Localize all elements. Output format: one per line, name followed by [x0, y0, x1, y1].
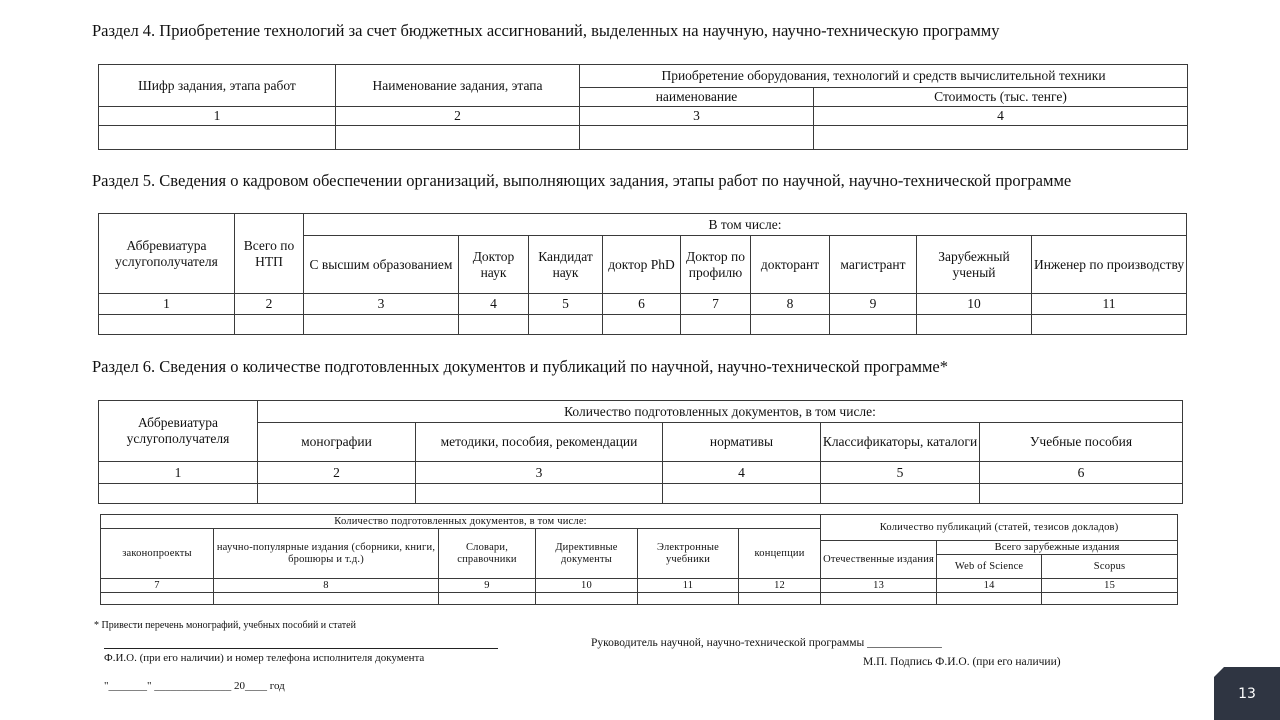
header-doctor-phd: доктор PhD — [603, 236, 681, 294]
col-number: 4 — [814, 107, 1188, 126]
empty-cell[interactable] — [663, 484, 821, 504]
header-doctor-profile: Доктор по профилю — [681, 236, 751, 294]
empty-cell[interactable] — [99, 484, 258, 504]
empty-cell[interactable] — [830, 315, 917, 335]
section6-table: Аббревиатура услугополучателя Количество… — [98, 400, 1183, 504]
header-directive-docs: Директивные документы — [536, 529, 638, 579]
empty-cell[interactable] — [459, 315, 529, 335]
header-foreign-group: Всего зарубежные издания — [937, 541, 1178, 555]
header-task-name: Наименование задания, этапа — [336, 65, 580, 107]
page-number-badge: 13 — [1214, 667, 1280, 720]
empty-cell[interactable] — [814, 126, 1188, 150]
col-number: 7 — [681, 294, 751, 315]
header-publications-group: Количество публикаций (статей, тезисов д… — [821, 515, 1178, 541]
header-documents-group: Количество подготовленных документов, в … — [101, 515, 821, 529]
header-production-engineer: Инженер по производству — [1032, 236, 1187, 294]
col-number: 7 — [101, 579, 214, 593]
empty-cell[interactable] — [937, 593, 1042, 605]
header-acquisition-group: Приобретение оборудования, технологий и … — [580, 65, 1188, 88]
col-number: 11 — [638, 579, 739, 593]
header-cost: Стоимость (тыс. тенге) — [814, 88, 1188, 107]
header-textbooks: Учебные пособия — [980, 423, 1183, 462]
col-number: 8 — [214, 579, 439, 593]
header-draft-laws: законопроекты — [101, 529, 214, 579]
empty-cell[interactable] — [336, 126, 580, 150]
header-domestic: Отечественные издания — [821, 541, 937, 579]
header-master-student: магистрант — [830, 236, 917, 294]
col-number: 4 — [459, 294, 529, 315]
col-number: 1 — [99, 294, 235, 315]
col-number: 2 — [235, 294, 304, 315]
header-doctoral-student: докторант — [751, 236, 830, 294]
empty-cell[interactable] — [1032, 315, 1187, 335]
col-number: 5 — [821, 462, 980, 484]
col-number: 3 — [580, 107, 814, 126]
header-cipher: Шифр задания, этапа работ — [99, 65, 336, 107]
program-head-label: Руководитель научной, научно-технической… — [591, 637, 942, 649]
empty-cell[interactable] — [529, 315, 603, 335]
header-methods: методики, пособия, рекомендации — [416, 423, 663, 462]
header-including-group: В том числе: — [304, 214, 1187, 236]
page-number: 13 — [1238, 686, 1256, 702]
empty-cell[interactable] — [638, 593, 739, 605]
empty-cell[interactable] — [416, 484, 663, 504]
header-doctor-sciences: Доктор наук — [459, 236, 529, 294]
empty-cell[interactable] — [235, 315, 304, 335]
col-number: 4 — [663, 462, 821, 484]
header-abbreviation: Аббревиатура услугополучателя — [99, 401, 258, 462]
col-number: 15 — [1042, 579, 1178, 593]
col-number: 9 — [830, 294, 917, 315]
empty-cell[interactable] — [821, 593, 937, 605]
col-number: 5 — [529, 294, 603, 315]
header-foreign-scientist: Зарубежный ученый — [917, 236, 1032, 294]
empty-cell[interactable] — [681, 315, 751, 335]
col-number: 14 — [937, 579, 1042, 593]
section6-heading: Раздел 6. Сведения о количестве подготов… — [92, 356, 1127, 377]
section4-heading: Раздел 4. Приобретение технологий за сче… — [92, 20, 1127, 41]
empty-cell[interactable] — [439, 593, 536, 605]
header-candidate-sciences: Кандидат наук — [529, 236, 603, 294]
col-number: 1 — [99, 462, 258, 484]
header-scopus: Scopus — [1042, 555, 1178, 579]
col-number: 13 — [821, 579, 937, 593]
section5-heading: Раздел 5. Сведения о кадровом обеспечени… — [92, 170, 1127, 191]
header-popular-science: научно-популярные издания (сборники, кни… — [214, 529, 439, 579]
col-number: 12 — [739, 579, 821, 593]
col-number: 6 — [603, 294, 681, 315]
col-number: 3 — [416, 462, 663, 484]
section5-table: Аббревиатура услугополучателя Всего по Н… — [98, 213, 1187, 335]
stamp-signature-label: М.П. Подпись Ф.И.О. (при его наличии) — [863, 656, 1061, 668]
empty-cell[interactable] — [603, 315, 681, 335]
executor-signature-line[interactable] — [104, 636, 498, 649]
col-number: 1 — [99, 107, 336, 126]
header-total: Всего по НТП — [235, 214, 304, 294]
header-higher-education: С высшим образованием — [304, 236, 459, 294]
empty-cell[interactable] — [99, 315, 235, 335]
header-e-textbooks: Электронные учебники — [638, 529, 739, 579]
empty-cell[interactable] — [980, 484, 1183, 504]
header-classifiers: Классификаторы, каталоги — [821, 423, 980, 462]
header-standards: нормативы — [663, 423, 821, 462]
empty-cell[interactable] — [304, 315, 459, 335]
col-number: 11 — [1032, 294, 1187, 315]
footnote: * Привести перечень монографий, учебных … — [94, 620, 356, 631]
empty-cell[interactable] — [739, 593, 821, 605]
header-web-of-science: Web of Science — [937, 555, 1042, 579]
col-number: 2 — [258, 462, 416, 484]
empty-cell[interactable] — [751, 315, 830, 335]
empty-cell[interactable] — [821, 484, 980, 504]
col-number: 10 — [536, 579, 638, 593]
empty-cell[interactable] — [917, 315, 1032, 335]
executor-label: Ф.И.О. (при его наличии) и номер телефон… — [104, 652, 587, 664]
header-documents-group: Количество подготовленных документов, в … — [258, 401, 1183, 423]
empty-cell[interactable] — [1042, 593, 1178, 605]
col-number: 3 — [304, 294, 459, 315]
date-line[interactable]: "_______" ______________ 20____ год — [104, 680, 285, 692]
col-number: 2 — [336, 107, 580, 126]
section6-continuation-table: Количество подготовленных документов, в … — [100, 514, 1178, 605]
header-monographs: монографии — [258, 423, 416, 462]
section4-table: Шифр задания, этапа работ Наименование з… — [98, 64, 1188, 150]
col-number: 10 — [917, 294, 1032, 315]
empty-cell[interactable] — [580, 126, 814, 150]
empty-cell[interactable] — [214, 593, 439, 605]
header-concepts: концепции — [739, 529, 821, 579]
col-number: 8 — [751, 294, 830, 315]
header-item-name: наименование — [580, 88, 814, 107]
empty-cell[interactable] — [101, 593, 214, 605]
header-dictionaries: Словари, справочники — [439, 529, 536, 579]
col-number: 9 — [439, 579, 536, 593]
empty-cell[interactable] — [258, 484, 416, 504]
empty-cell[interactable] — [536, 593, 638, 605]
col-number: 6 — [980, 462, 1183, 484]
empty-cell[interactable] — [99, 126, 336, 150]
header-abbreviation: Аббревиатура услугополучателя — [99, 214, 235, 294]
